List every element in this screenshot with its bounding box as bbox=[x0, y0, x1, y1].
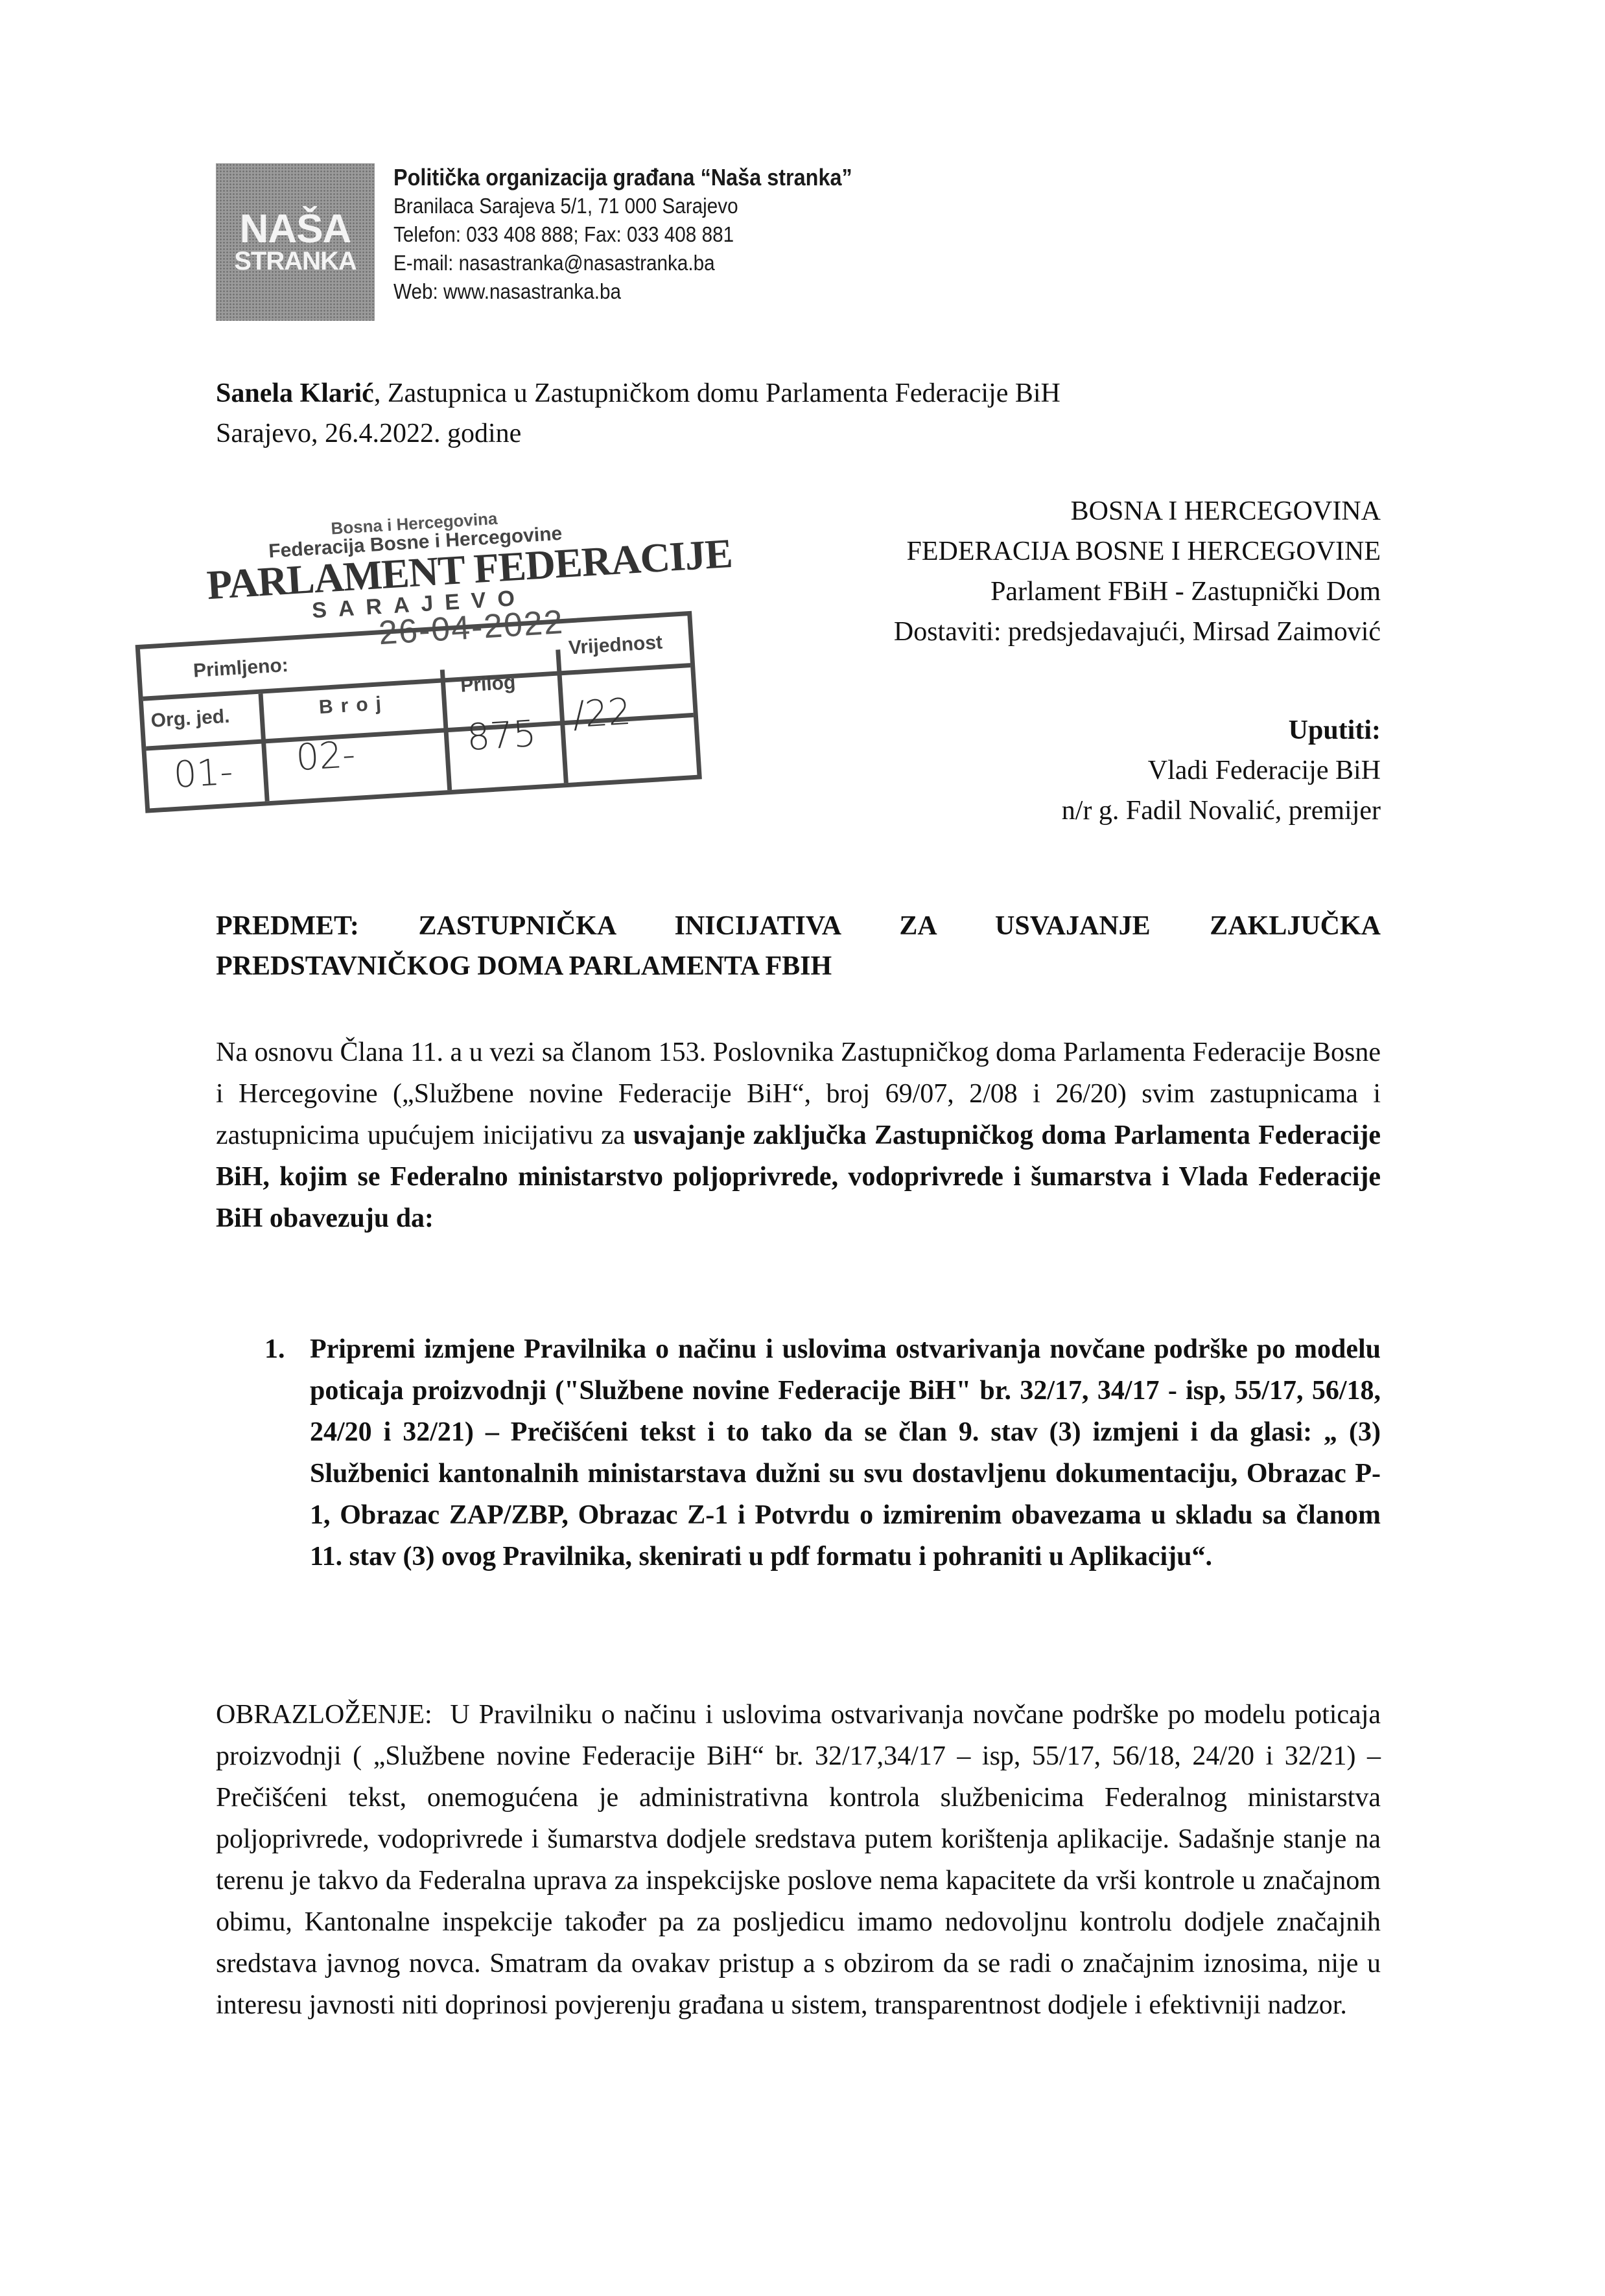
intro-paragraph: Na osnovu Člana 11. a u vezi sa članom 1… bbox=[216, 1032, 1381, 1239]
sender-role: , Zastupnica u Zastupničkom domu Parlame… bbox=[374, 378, 1060, 408]
explanation-text: U Pravilniku o načinu i uslovima ostvari… bbox=[216, 1700, 1381, 2020]
registry-stamp: Bosna i Hercegovina Federacija Bosne i H… bbox=[124, 470, 726, 829]
organization-email: E-mail: nasastranka@nasastranka.ba bbox=[393, 249, 852, 277]
subject-line-1: PREDMET: ZASTUPNIČKA INICIJATIVA ZA USVA… bbox=[216, 906, 1381, 946]
recipient-block: BOSNA I HERCEGOVINA FEDERACIJA BOSNE I H… bbox=[894, 491, 1381, 831]
logo-text-line2: STRANKA bbox=[234, 248, 357, 274]
stamp-number-suffix: 875 bbox=[465, 713, 537, 759]
list-item-number: 1. bbox=[264, 1328, 285, 1370]
stamp-number-value: 02- bbox=[295, 734, 357, 779]
stamp-org-unit-value: 01- bbox=[172, 751, 234, 796]
subject-line-2: PREDSTAVNIČKOG DOMA PARLAMENTA FBIH bbox=[216, 951, 832, 981]
organization-address: Branilaca Sarajeva 5/1, 71 000 Sarajevo bbox=[393, 192, 852, 220]
organization-web: Web: www.nasastranka.ba bbox=[393, 277, 852, 306]
stamp-attachment-label: Prilog bbox=[460, 672, 516, 697]
forward-label: Uputiti: bbox=[1289, 715, 1381, 745]
forward-line-attention: n/r g. Fadil Novalić, premijer bbox=[894, 791, 1381, 831]
forward-line-government: Vladi Federacije BiH bbox=[894, 750, 1381, 791]
party-logo: NAŠA STRANKA bbox=[216, 163, 375, 321]
letterhead-contact: Politička organizacija građana “Naša str… bbox=[393, 163, 903, 306]
stamp-table: Primljeno: Org. jed. Broj Prilog Vrijedn… bbox=[135, 611, 702, 813]
stamp-year-value: /22 bbox=[571, 691, 632, 736]
organization-name: Politička organizacija građana “Naša str… bbox=[393, 163, 852, 192]
subject-heading: PREDMET: ZASTUPNIČKA INICIJATIVA ZA USVA… bbox=[216, 906, 1381, 986]
recipient-line-federation: FEDERACIJA BOSNE I HERCEGOVINE bbox=[894, 531, 1381, 572]
recipient-line-deliver-to: Dostaviti: predsjedavajući, Mirsad Zaimo… bbox=[894, 612, 1381, 652]
explanation-paragraph: OBRAZLOŽENJE: U Pravilniku o načinu i us… bbox=[216, 1694, 1381, 2026]
stamp-org-unit-label: Org. jed. bbox=[150, 706, 231, 732]
recipient-line-country: BOSNA I HERCEGOVINA bbox=[894, 491, 1381, 531]
logo-text-line1: NAŠA bbox=[240, 211, 351, 248]
explanation-label: OBRAZLOŽENJE: bbox=[216, 1700, 432, 1730]
place-date: Sarajevo, 26.4.2022. godine bbox=[216, 413, 1060, 454]
recipient-line-parliament: Parlament FBiH - Zastupnički Dom bbox=[894, 572, 1381, 612]
sender-block: Sanela Klarić, Zastupnica u Zastupničkom… bbox=[216, 373, 1060, 454]
sender-name: Sanela Klarić bbox=[216, 378, 374, 408]
organization-phone-fax: Telefon: 033 408 888; Fax: 033 408 881 bbox=[393, 220, 852, 249]
list-item-text: Pripremi izmjene Pravilnika o načinu i u… bbox=[310, 1328, 1381, 1577]
stamp-number-label: Broj bbox=[318, 693, 390, 719]
list-item: 1. Pripremi izmjene Pravilnika o načinu … bbox=[264, 1328, 1381, 1577]
